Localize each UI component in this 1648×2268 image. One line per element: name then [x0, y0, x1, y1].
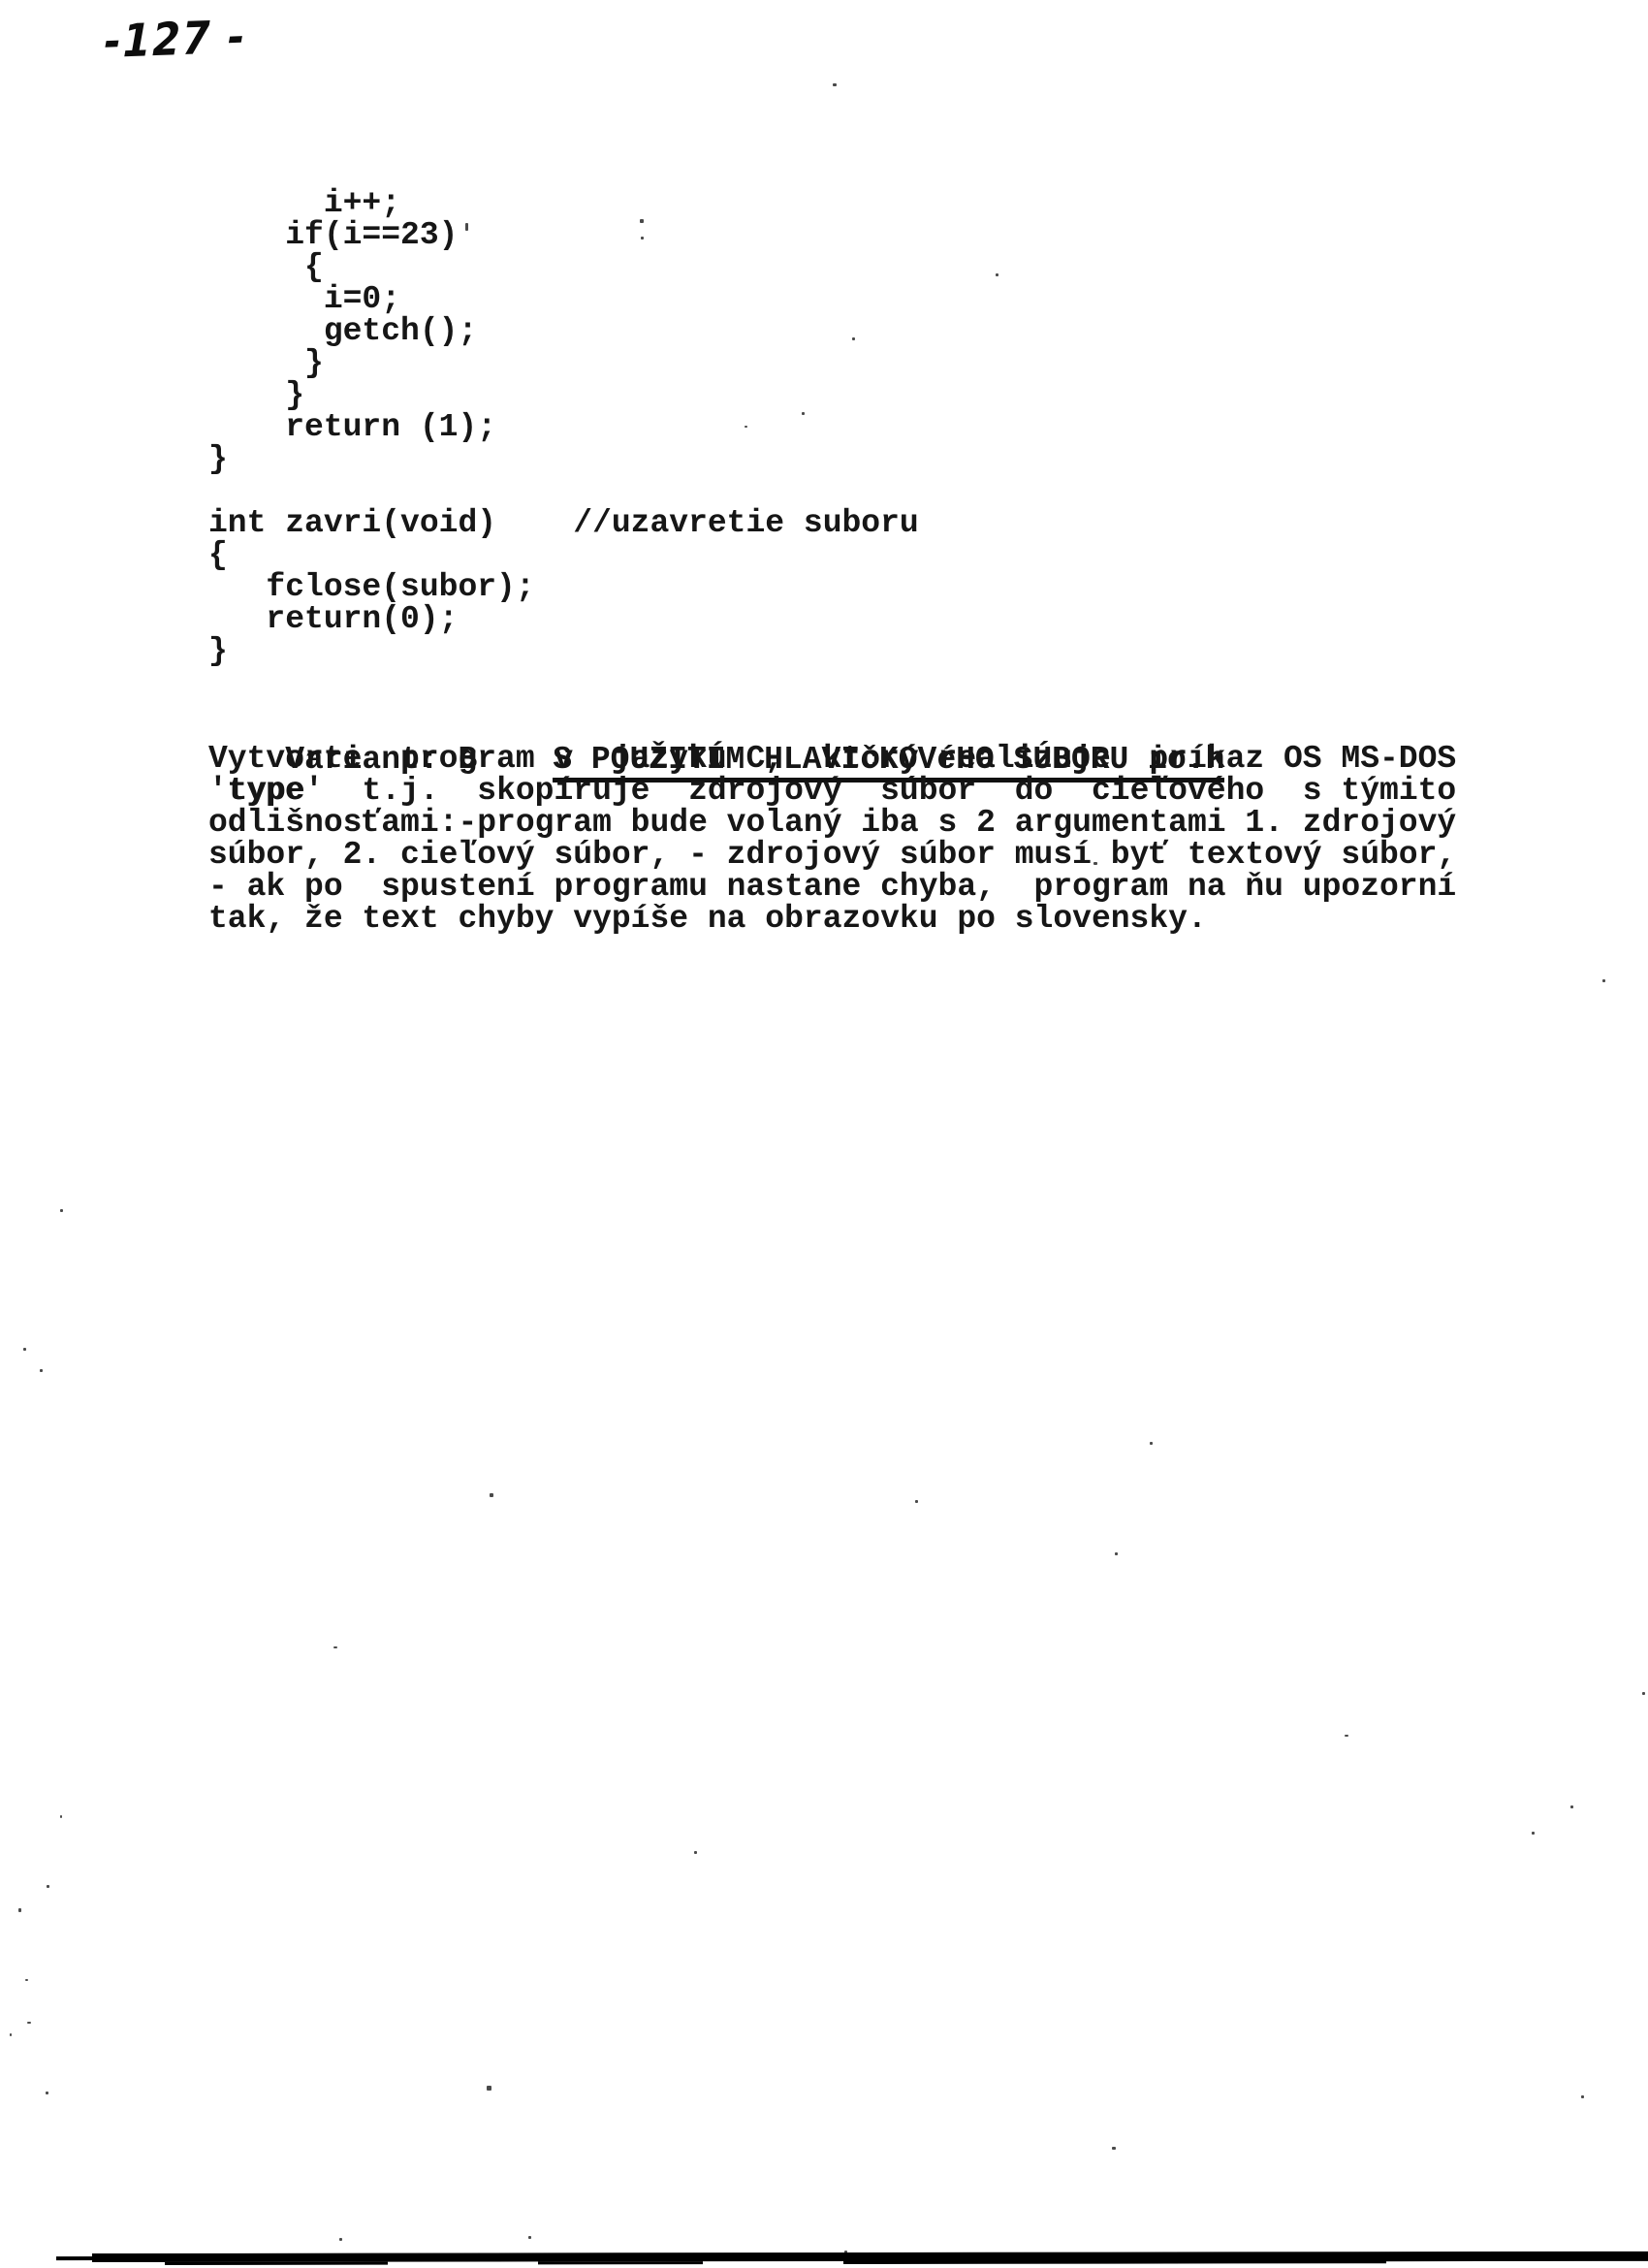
- scan-speck: [10, 2033, 12, 2036]
- scan-speck: [833, 83, 837, 86]
- paragraph-line: odlišnosťami:-program bude volaný iba s …: [208, 807, 1456, 839]
- scan-speck: [1532, 1832, 1535, 1835]
- handwritten-page-number: -127 -: [99, 11, 250, 69]
- scan-bar-segment: [843, 2259, 1386, 2264]
- scan-speck: [1581, 2095, 1584, 2098]
- scan-speck: [1345, 1735, 1348, 1737]
- scan-speck: [640, 219, 644, 223]
- paragraph-text: súbor, 2. cieľový súbor, - zdrojový súbo…: [208, 837, 1456, 873]
- paragraph-text: ' t.j. skopíruje zdrojový súbor do cieľo…: [304, 773, 1456, 809]
- scan-speck: [915, 1500, 918, 1503]
- paragraph-line: Vytvorte program v jazyku C, ktorý reali…: [208, 743, 1456, 775]
- scan-speck: [1112, 2147, 1116, 2150]
- scan-speck: [18, 1908, 21, 1912]
- paragraph-text: ': [208, 773, 228, 809]
- scan-speck: [1570, 1805, 1573, 1808]
- paragraph-line: súbor, 2. cieľový súbor, - zdrojový súbo…: [208, 839, 1456, 871]
- scan-speck: [745, 426, 747, 428]
- scan-speck: [23, 1348, 26, 1351]
- scan-speck: [694, 1851, 697, 1854]
- scan-speck: [60, 1815, 62, 1818]
- scan-speck: [1150, 1442, 1153, 1445]
- paragraph-line: tak, že text chyby vypíše na obrazovku p…: [208, 903, 1456, 935]
- scan-speck: [25, 1979, 28, 1981]
- scan-speck: [852, 337, 855, 340]
- scan-bar-segment: [165, 2262, 388, 2265]
- scan-speck: [996, 273, 998, 276]
- scan-speck: [1115, 1552, 1118, 1555]
- scan-speck: [1093, 862, 1097, 865]
- scan-speck: [339, 2238, 342, 2241]
- scan-speck: [641, 237, 644, 240]
- scan-speck: [1602, 979, 1605, 982]
- scan-speck: [1642, 1692, 1645, 1695]
- code-block-main-function-end: i++; if(i==23) { i=0; getch(); } } retur…: [208, 187, 496, 475]
- scan-speck: [47, 1885, 49, 1888]
- paragraph-line: - ak po spustení programu nastane chyba,…: [208, 871, 1456, 903]
- emphasized-text: type: [228, 773, 304, 809]
- scanned-document-page: -127 - i++; if(i==23) { i=0; getch(); } …: [0, 0, 1648, 2268]
- scan-speck: [40, 1369, 43, 1372]
- scan-speck: [333, 1646, 337, 1648]
- scan-speck: [465, 223, 468, 231]
- paragraph-text: odlišnosťami:-program bude volaný iba s …: [208, 805, 1456, 841]
- scan-speck: [46, 2092, 48, 2094]
- paragraph-line: 'type' t.j. skopíruje zdrojový súbor do …: [208, 775, 1456, 807]
- scan-speck: [490, 1493, 493, 1497]
- scan-bar-segment: [1377, 2256, 1648, 2261]
- bottom-scan-bar: [0, 2247, 1648, 2268]
- scan-speck: [27, 2022, 31, 2024]
- scan-speck: [60, 1209, 63, 1212]
- code-block-zavri-function: int zavri(void) //uzavretie suboru { fcl…: [208, 507, 919, 667]
- scan-speck: [528, 2236, 531, 2239]
- scan-speck: [487, 2086, 491, 2091]
- task-description-paragraph: Vytvorte program v jazyku C, ktorý reali…: [208, 743, 1456, 935]
- paragraph-text: Vytvorte program v jazyku C, ktorý reali…: [208, 741, 1456, 777]
- paragraph-text: - ak po spustení programu nastane chyba,…: [208, 869, 1456, 905]
- paragraph-text: tak, že text chyby vypíše na obrazovku p…: [208, 901, 1207, 937]
- scan-bar-segment: [538, 2261, 703, 2264]
- scan-speck: [802, 412, 805, 415]
